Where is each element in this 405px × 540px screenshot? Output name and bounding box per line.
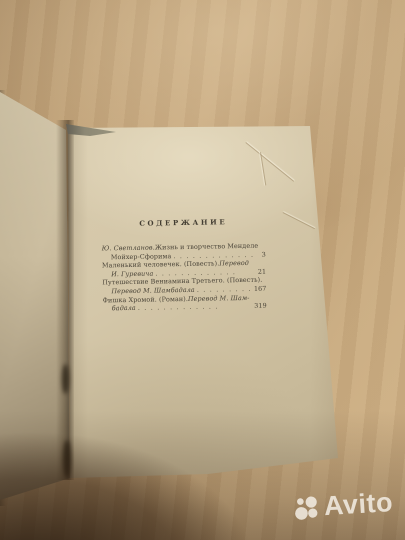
page-crease <box>245 142 294 182</box>
toc-rows: Ю. Светланов. Жизнь и творчество Менделе… <box>102 242 267 314</box>
page-number: 167 <box>254 285 267 294</box>
gutter-shadow-spot <box>62 364 69 394</box>
page-number: 21 <box>258 267 266 276</box>
avito-wordmark: Avito <box>323 489 394 520</box>
table-of-contents: СОДЕРЖАНИЕ Ю. Светланов. Жизнь и творчес… <box>101 217 267 314</box>
toc-row: бадала. . . . . . . . . . . . .319 <box>103 302 267 313</box>
dot-leader: . . . . . . . . . . . . . <box>138 302 253 313</box>
page-number: 319 <box>254 302 267 311</box>
book-photo: СОДЕРЖАНИЕ Ю. Светланов. Жизнь и творчес… <box>0 0 405 540</box>
gutter-shadow-spot <box>63 440 71 478</box>
avito-logo-icon <box>293 494 321 522</box>
page-number: 3 <box>262 250 266 259</box>
contents-page: СОДЕРЖАНИЕ Ю. Светланов. Жизнь и творчес… <box>62 120 344 482</box>
avito-watermark: Avito <box>293 489 393 522</box>
page-title: СОДЕРЖАНИЕ <box>101 217 265 229</box>
book-gutter <box>56 120 74 480</box>
page-crease <box>283 212 316 229</box>
toc-entry-text: бадала <box>112 304 136 313</box>
